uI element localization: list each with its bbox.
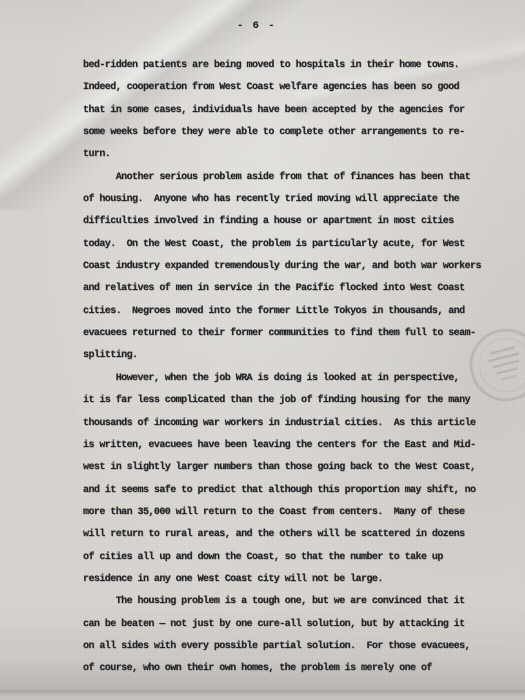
text-line: Coast industry expanded tremendously dur…	[83, 256, 513, 278]
scanned-document-page: - 6 - bed-ridden patients are being move…	[0, 0, 525, 700]
text-line: difficulties involved in finding a house…	[83, 211, 513, 233]
text-line: more than 35,000 will return to the Coas…	[83, 502, 513, 524]
text-line: splitting.	[83, 345, 513, 367]
text-line: some weeks before they were able to comp…	[83, 122, 513, 144]
document-text: bed-ridden patients are being moved to h…	[83, 55, 513, 681]
text-line: it is far less complicated than the job …	[83, 390, 513, 412]
text-line: of course, who own their own homes, the …	[83, 658, 513, 680]
text-line: evacuees returned to their former commun…	[83, 323, 513, 345]
text-line: and relatives of men in service in the P…	[83, 278, 513, 300]
text-line: will return to rural areas, and the othe…	[83, 524, 513, 546]
text-line: residence in any one West Coast city wil…	[83, 569, 513, 591]
text-line: The housing problem is a tough one, but …	[83, 591, 513, 613]
text-line: of cities all up and down the Coast, so …	[83, 547, 513, 569]
text-line: of housing. Anyone who has recently trie…	[83, 189, 513, 211]
page-number: - 6 -	[0, 20, 519, 32]
text-line: on all sides with every possible partial…	[83, 636, 513, 658]
text-line: thousands of incoming war workers in ind…	[83, 413, 513, 435]
text-line: However, when the job WRA is doing is lo…	[83, 368, 513, 390]
text-line: west in slightly larger numbers than tho…	[83, 457, 513, 479]
text-line: turn.	[83, 144, 513, 166]
text-line: today. On the West Coast, the problem is…	[83, 234, 513, 256]
text-line: cities. Negroes moved into the former Li…	[83, 301, 513, 323]
text-line: bed-ridden patients are being moved to h…	[83, 55, 513, 77]
text-line: that in some cases, individuals have bee…	[83, 100, 513, 122]
text-line: and it seems safe to predict that althou…	[83, 480, 513, 502]
text-line: Indeed, cooperation from West Coast welf…	[83, 77, 513, 99]
text-line: Another serious problem aside from that …	[83, 167, 513, 189]
text-line: is written, evacuees have been leaving t…	[83, 435, 513, 457]
text-line: can be beaten — not just by one cure-all…	[83, 614, 513, 636]
paper-bottom-edge	[0, 690, 525, 693]
